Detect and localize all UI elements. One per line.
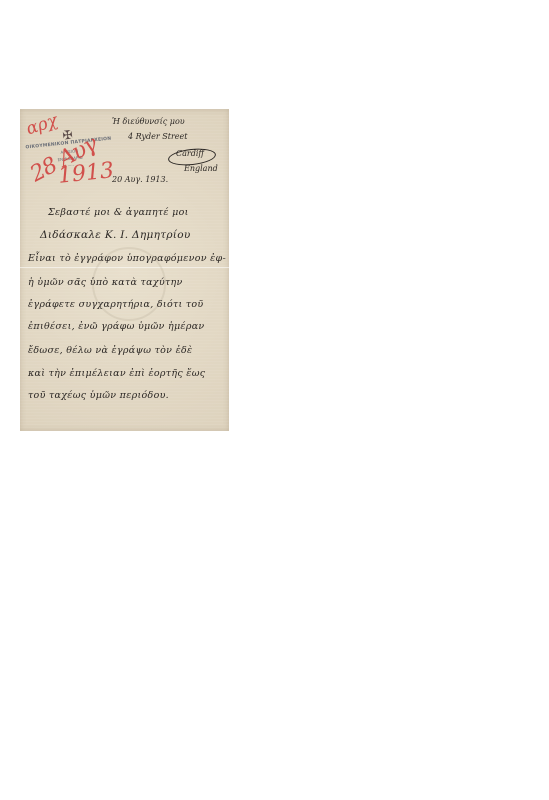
salutation-line-2: Διδάσκαλε Κ. Ι. Δημητρίου (40, 229, 191, 241)
address-country: England (184, 164, 218, 173)
salutation-line-1: Σεβαστέ μοι & ἀγαπητέ μοι (48, 207, 189, 218)
body-line: ἐπιθέσει, ἐνῶ γράφω ὑμῶν ἡμέραν (28, 321, 205, 332)
red-annotation-year: 1913 (57, 158, 115, 189)
body-line: Εἶναι τὸ ἐγγράφον ὑπογραφόμενον ἐφ- (28, 253, 226, 264)
letter-date: 20 Αυγ. 1913. (112, 175, 168, 184)
body-line: τοῦ ταχέως ὑμῶν περιόδου. (28, 390, 169, 401)
address-street: 4 Ryder Street (128, 132, 187, 141)
body-line: καὶ τὴν ἐπιμέλειαν ἐπὶ ἐορτῆς ἕως (28, 368, 205, 379)
scanned-letter-page: ✠ ΟΙΚΟΥΜΕΝΙΚΟΝ ΠΑΤΡΙΑΡΧΕΙΟΝ ΑΡΧΕΙΟΝ ΕΝ Φ… (20, 109, 229, 431)
body-line: ἔδωσε, θέλω νὰ ἐγράψω τὸν ἐδὲ (28, 345, 192, 356)
body-line: ἐγράφετε συγχαρητήρια, διότι τοῦ (28, 299, 204, 310)
address-label: Ἡ διεύθυνσίς μου (112, 117, 185, 126)
body-line: ἡ ὑμῶν σᾶς ὑπὸ κατὰ ταχύτην (28, 277, 183, 288)
address-city: Cardiff (176, 149, 204, 158)
